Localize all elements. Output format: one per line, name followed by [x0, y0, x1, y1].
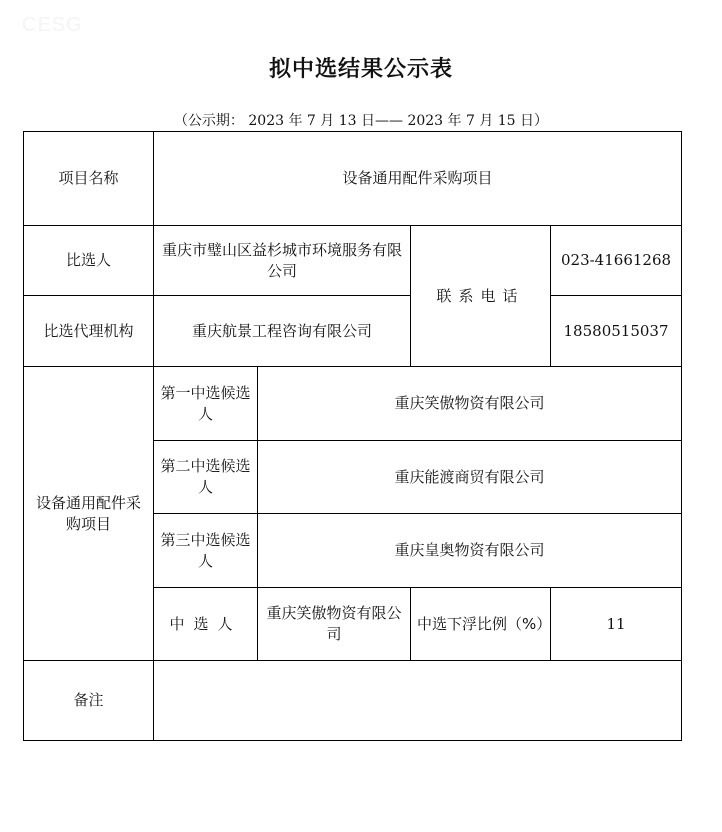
row-candidate-1: 设备通用配件采购项目 第一中选候选人 重庆笑傲物资有限公司: [24, 367, 682, 441]
watermark: CESG: [22, 14, 83, 37]
winner-label: 中选人: [154, 588, 258, 661]
project-name-label: 项目名称: [24, 132, 154, 226]
candidate-1-label: 第一中选候选人: [154, 367, 258, 441]
publicity-period: （公示期： 2023 年 7 月 13 日—— 2023 年 7 月 15 日）: [0, 110, 722, 130]
agency-value: 重庆航景工程咨询有限公司: [154, 296, 411, 367]
selector-label: 比选人: [24, 226, 154, 296]
candidate-1-value: 重庆笑傲物资有限公司: [258, 367, 682, 441]
row-selector: 比选人 重庆市璧山区益杉城市环境服务有限公司 联系电话 023-41661268: [24, 226, 682, 296]
remarks-label: 备注: [24, 661, 154, 741]
candidate-2-value: 重庆能渡商贸有限公司: [258, 441, 682, 514]
page-title: 拟中选结果公示表: [0, 52, 722, 83]
selector-value: 重庆市璧山区益杉城市环境服务有限公司: [154, 226, 411, 296]
row-agency: 比选代理机构 重庆航景工程咨询有限公司 18580515037: [24, 296, 682, 367]
candidate-3-label: 第三中选候选人: [154, 514, 258, 588]
project-name-value: 设备通用配件采购项目: [154, 132, 682, 226]
selector-phone: 023-41661268: [551, 226, 682, 296]
discount-value: 11: [551, 588, 682, 661]
discount-label: 中选下浮比例（%）: [411, 588, 551, 661]
agency-phone: 18580515037: [551, 296, 682, 367]
row-project-name: 项目名称 设备通用配件采购项目: [24, 132, 682, 226]
agency-label: 比选代理机构: [24, 296, 154, 367]
result-table: 项目名称 设备通用配件采购项目 比选人 重庆市璧山区益杉城市环境服务有限公司 联…: [23, 131, 682, 741]
section-label: 设备通用配件采购项目: [24, 367, 154, 661]
candidate-2-label: 第二中选候选人: [154, 441, 258, 514]
candidate-3-value: 重庆皇奥物资有限公司: [258, 514, 682, 588]
remarks-value: [154, 661, 682, 741]
row-remarks: 备注: [24, 661, 682, 741]
winner-value: 重庆笑傲物资有限公司: [258, 588, 411, 661]
contact-phone-label: 联系电话: [411, 226, 551, 367]
